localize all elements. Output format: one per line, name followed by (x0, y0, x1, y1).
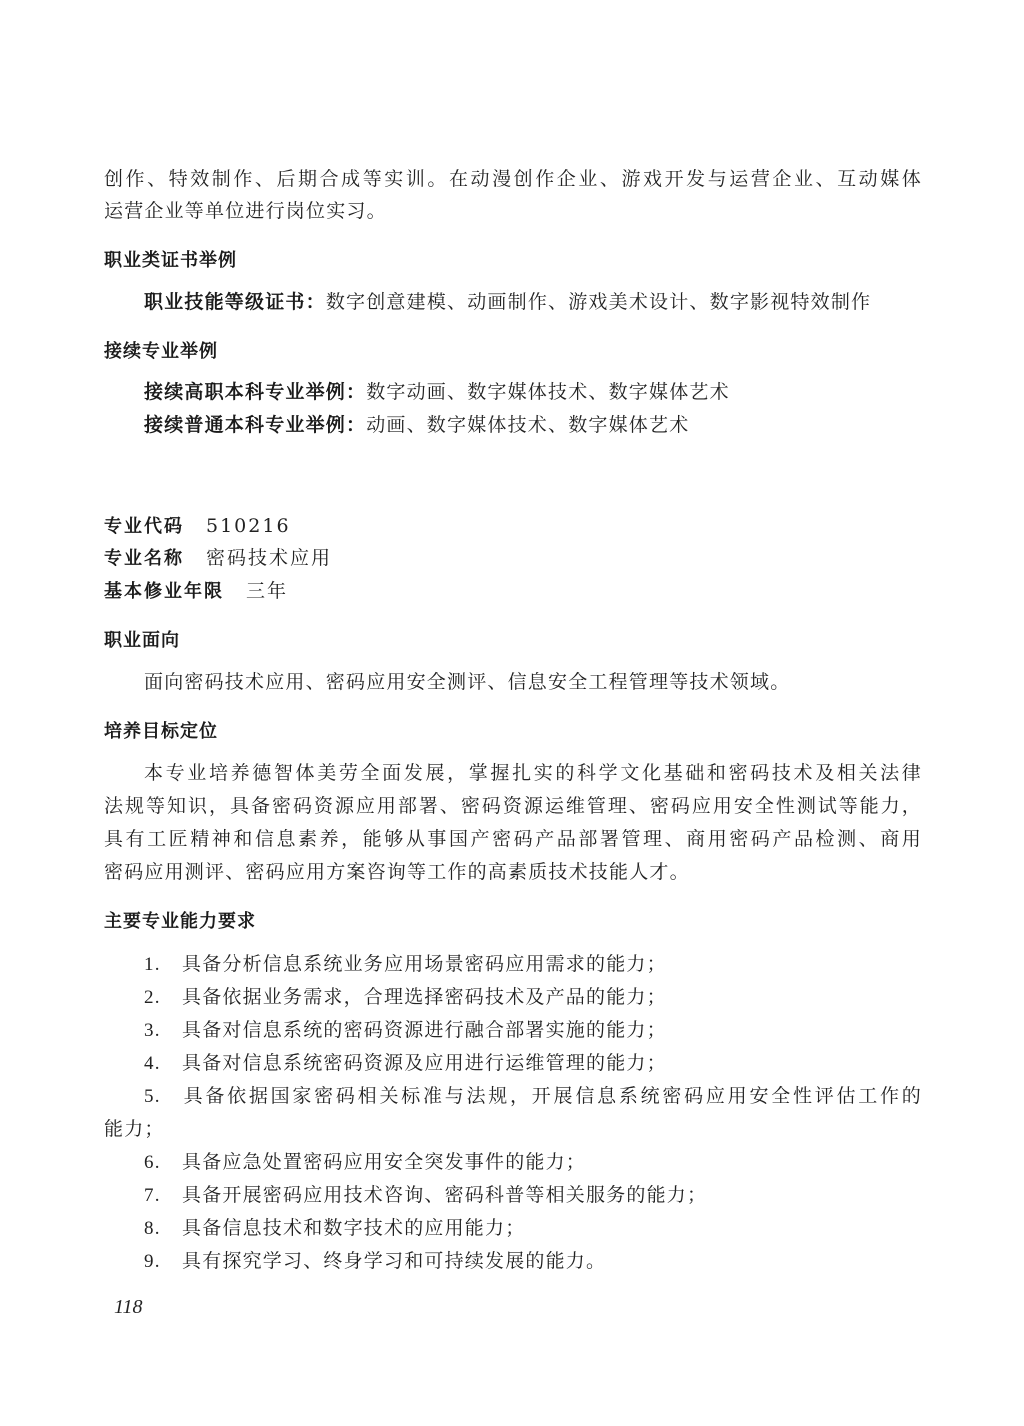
section-heading-goal: 培养目标定位 (104, 720, 218, 744)
major-code-value: 510216 (206, 515, 291, 537)
major-years-label: 基本修业年限 (104, 581, 224, 602)
ability-item: 1.具备分析信息系统业务应用场景密码应用需求的能力； (144, 952, 667, 977)
section-heading-further-study: 接续专业举例 (104, 340, 218, 364)
certificate-line: 职业技能等级证书：数字创意建模、动画制作、游戏美术设计、数字影视特效制作 (144, 290, 871, 314)
goal-line: 法规等知识，具备密码资源应用部署、密码资源运维管理、密码应用安全性测试等能力， (104, 794, 922, 818)
ability-item: 8.具备信息技术和数字技术的应用能力； (144, 1216, 525, 1241)
major-code-label: 专业代码 (104, 516, 184, 537)
major-code-row: 专业代码510216 (104, 514, 291, 539)
career-text: 面向密码技术应用、密码应用安全测评、信息安全工程管理等技术领域。 (144, 670, 790, 694)
major-name-row: 专业名称密码技术应用 (104, 546, 332, 571)
further-study-item: 接续普通本科专业举例：动画、数字媒体技术、数字媒体艺术 (144, 413, 689, 437)
major-years-row: 基本修业年限三年 (104, 579, 288, 604)
major-name-label: 专业名称 (104, 548, 184, 569)
ability-item: 5.具备依据国家密码相关标准与法规，开展信息系统密码应用安全性评估工作的 (144, 1084, 922, 1109)
continuation-line-2: 运营企业等单位进行岗位实习。 (104, 199, 387, 223)
goal-line: 密码应用测评、密码应用方案咨询等工作的高素质技术技能人才。 (104, 860, 690, 884)
certificate-value: 数字创意建模、动画制作、游戏美术设计、数字影视特效制作 (326, 291, 871, 313)
ability-item: 9.具有探究学习、终身学习和可持续发展的能力。 (144, 1249, 606, 1274)
major-name-value: 密码技术应用 (206, 547, 332, 569)
goal-line: 本专业培养德智体美劳全面发展，掌握扎实的科学文化基础和密码技术及相关法律 (144, 761, 922, 785)
further-study-label: 接续普通本科专业举例： (144, 414, 366, 436)
page-number: 118 (114, 1296, 143, 1319)
ability-item-wrap: 能力； (104, 1117, 165, 1141)
ability-item: 2.具备依据业务需求，合理选择密码技术及产品的能力； (144, 985, 667, 1010)
further-study-value: 数字动画、数字媒体技术、数字媒体艺术 (366, 381, 730, 403)
continuation-line-1: 创作、特效制作、后期合成等实训。在动漫创作企业、游戏开发与运营企业、互动媒体 (104, 167, 922, 191)
section-heading-abilities: 主要专业能力要求 (104, 910, 256, 934)
further-study-label: 接续高职本科专业举例： (144, 381, 366, 403)
further-study-value: 动画、数字媒体技术、数字媒体艺术 (366, 414, 689, 436)
section-heading-certificates: 职业类证书举例 (104, 249, 237, 273)
ability-item: 7.具备开展密码应用技术咨询、密码科普等相关服务的能力； (144, 1183, 707, 1208)
ability-item: 3.具备对信息系统的密码资源进行融合部署实施的能力； (144, 1018, 667, 1043)
section-heading-career: 职业面向 (104, 629, 180, 653)
major-years-value: 三年 (246, 580, 288, 602)
further-study-item: 接续高职本科专业举例：数字动画、数字媒体技术、数字媒体艺术 (144, 380, 730, 404)
ability-item: 4.具备对信息系统密码资源及应用进行运维管理的能力； (144, 1051, 667, 1076)
goal-line: 具有工匠精神和信息素养，能够从事国产密码产品部署管理、商用密码产品检测、商用 (104, 827, 922, 851)
certificate-label: 职业技能等级证书： (144, 291, 326, 313)
ability-item: 6.具备应急处置密码应用安全突发事件的能力； (144, 1150, 586, 1175)
